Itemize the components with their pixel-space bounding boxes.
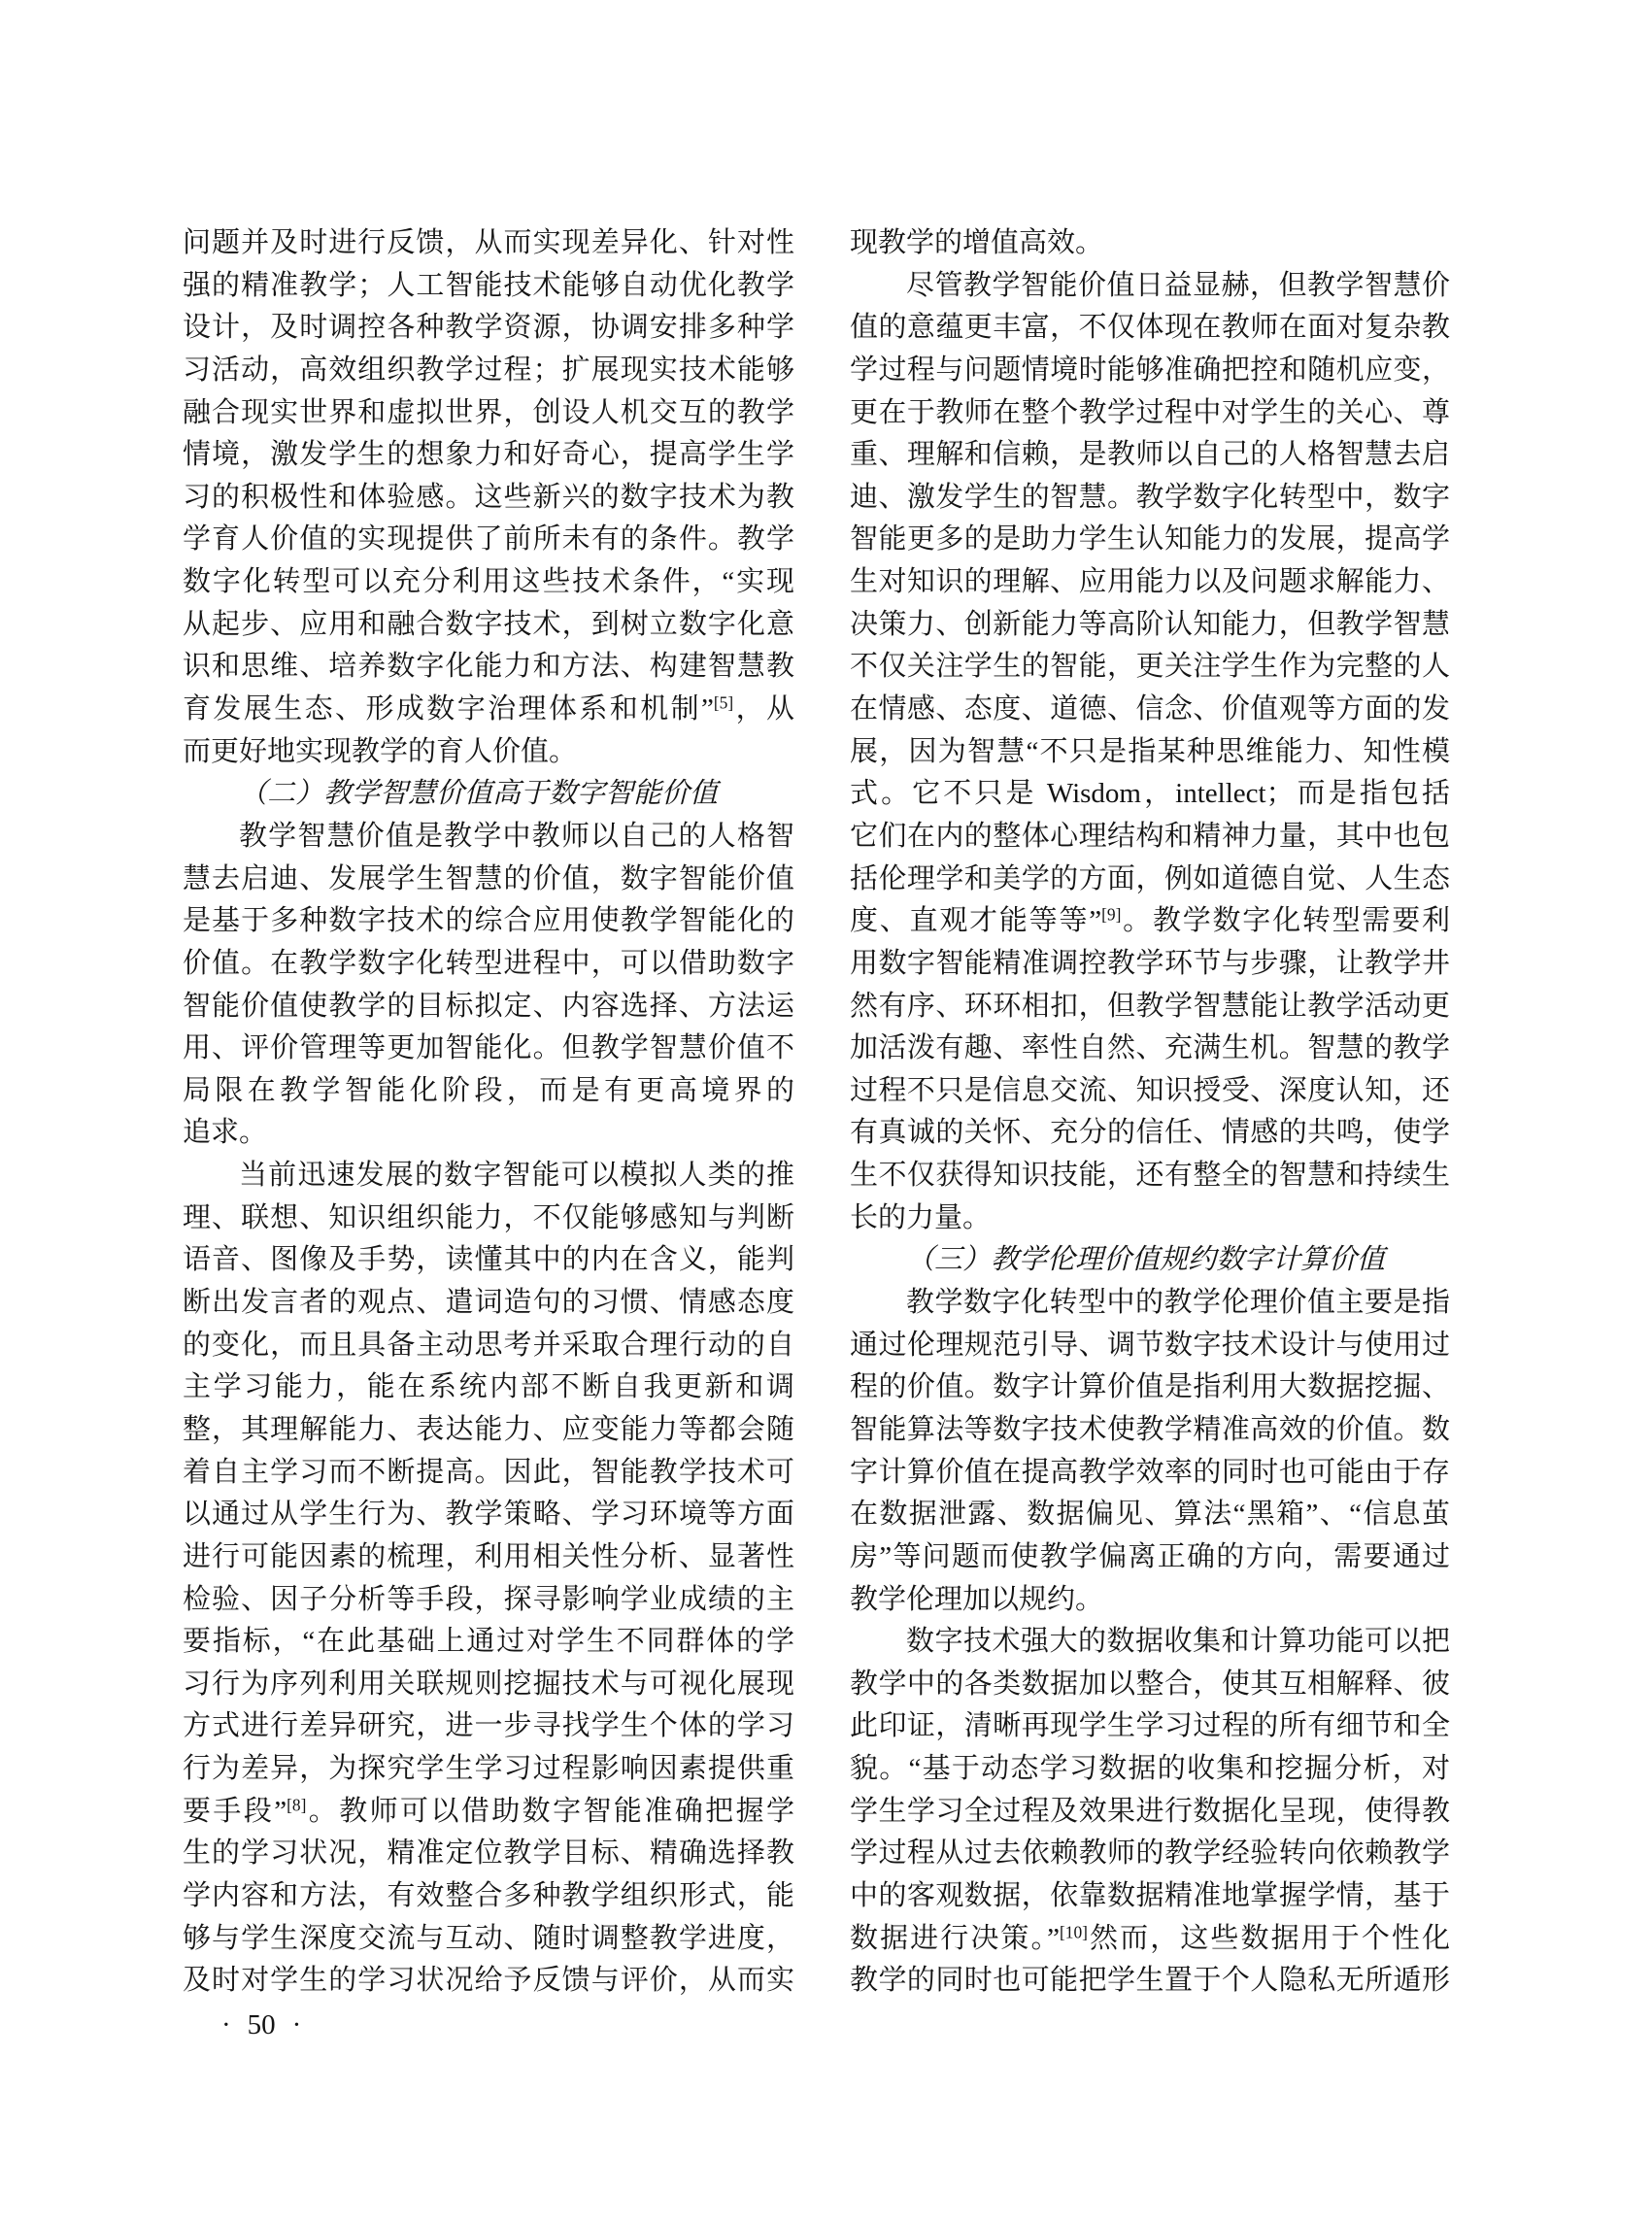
- body-text-line: 而更好地实现教学的育人价值。: [183, 731, 794, 774]
- body-text-line: 智能算法等数字技术使教学精准高效的价值。数: [850, 1409, 1450, 1452]
- body-text-line: 用、评价管理等更加智能化。但教学智慧价值不: [183, 1028, 794, 1070]
- body-text-line: 智能更多的是助力学生认知能力的发展，提高学: [850, 519, 1450, 561]
- body-text-line: 习行为序列利用关联规则挖掘技术与可视化展现: [183, 1664, 794, 1706]
- body-text-line: 加活泼有趣、率性自然、充满生机。智慧的教学: [850, 1028, 1450, 1070]
- body-text-line: 式。它不只是 Wisdom，intellect；而是指包括: [850, 773, 1450, 816]
- body-text-line: 习的积极性和体验感。这些新兴的数字技术为教: [183, 477, 794, 520]
- body-text-line: 习活动，高效组织教学过程；扩展现实技术能够: [183, 350, 794, 392]
- body-text-line: 在数据泄露、数据偏见、算法“黑箱”、“信息茧: [850, 1494, 1450, 1536]
- body-text-line: 价值。在教学数字化转型进程中，可以借助数字: [183, 943, 794, 986]
- body-text-line: 括伦理学和美学的方面，例如道德自觉、人生态: [850, 859, 1450, 901]
- citation-ref: [8]: [287, 1795, 306, 1814]
- body-text-line: 断出发言者的观点、遣词造句的习惯、情感态度: [183, 1282, 794, 1325]
- body-text-line: 它们在内的整体心理结构和精神力量，其中也包: [850, 816, 1450, 859]
- body-text-line: 学过程与问题情境时能够准确把控和随机应变，: [850, 350, 1450, 392]
- body-text-line: 进行可能因素的梳理，利用相关性分析、显著性: [183, 1536, 794, 1579]
- body-text-line: 融合现实世界和虚拟世界，创设人机交互的教学: [183, 392, 794, 435]
- body-text-line: 要手段”[8]。教师可以借助数字智能准确把握学: [183, 1791, 794, 1834]
- body-text-line: 识和思维、培养数字化能力和方法、构建智慧教: [183, 646, 794, 689]
- body-text-line: 检验、因子分析等手段，探寻影响学业成绩的主: [183, 1579, 794, 1622]
- body-text-line: 数字化转型可以充分利用这些技术条件，“实现: [183, 561, 794, 604]
- body-text-line: 主学习能力，能在系统内部不断自我更新和调: [183, 1366, 794, 1409]
- body-text-line: 程的价值。数字计算价值是指利用大数据挖掘、: [850, 1366, 1450, 1409]
- body-text-line: 当前迅速发展的数字智能可以模拟人类的推: [183, 1155, 794, 1197]
- body-text-line: 重、理解和信赖，是教师以自己的人格智慧去启: [850, 434, 1450, 477]
- body-text-line: 迪、激发学生的智慧。教学数字化转型中，数字: [850, 477, 1450, 520]
- body-text-line: 长的力量。: [850, 1197, 1450, 1240]
- body-text-line: 生对知识的理解、应用能力以及问题求解能力、: [850, 561, 1450, 604]
- body-text-line: 是基于多种数字技术的综合应用使教学智能化的: [183, 900, 794, 943]
- citation-ref: [10]: [1060, 1922, 1088, 1941]
- body-text-line: 育发展生态、形成数字治理体系和机制”[5]，从: [183, 689, 794, 731]
- body-text-line: 不仅关注学生的智能，更关注学生作为完整的人: [850, 646, 1450, 689]
- body-text-line: 房”等问题而使教学偏离正确的方向，需要通过: [850, 1536, 1450, 1579]
- body-text-line: 生的学习状况，精准定位教学目标、精确选择教: [183, 1833, 794, 1875]
- body-text-line: 有真诚的关怀、充分的信任、情感的共鸣，使学: [850, 1112, 1450, 1155]
- page-footer: · 50 ·: [221, 2004, 301, 2046]
- body-text-line: 在情感、态度、道德、信念、价值观等方面的发: [850, 689, 1450, 731]
- body-text-line: 教学的同时也可能把学生置于个人隐私无所遁形: [850, 1960, 1450, 2003]
- body-text-line: 从起步、应用和融合数字技术，到树立数字化意: [183, 604, 794, 647]
- body-text-line: 局限在教学智能化阶段，而是有更高境界的: [183, 1070, 794, 1113]
- body-text-line: 问题并及时进行反馈，从而实现差异化、针对性: [183, 222, 794, 265]
- body-text-line: 用数字智能精准调控教学环节与步骤，让教学井: [850, 943, 1450, 986]
- paper-page: 问题并及时进行反馈，从而实现差异化、针对性强的精准教学；人工智能技术能够自动优化…: [0, 0, 1652, 2225]
- body-text-line: 更在于教师在整个教学过程中对学生的关心、尊: [850, 392, 1450, 435]
- body-text-line: 通过伦理规范引导、调节数字技术设计与使用过: [850, 1325, 1450, 1367]
- body-text-line: 强的精准教学；人工智能技术能够自动优化教学: [183, 265, 794, 308]
- body-text-line: 学过程从过去依赖教师的教学经验转向依赖教学: [850, 1833, 1450, 1875]
- body-text-line: 决策力、创新能力等高阶认知能力，但教学智慧: [850, 604, 1450, 647]
- body-text-line: 数据进行决策。”[10]然而，这些数据用于个性化: [850, 1918, 1450, 1961]
- body-text-line: 教学伦理加以规约。: [850, 1579, 1450, 1622]
- body-text-line: 智能价值使教学的目标拟定、内容选择、方法运: [183, 986, 794, 1028]
- body-text-line: 以通过从学生行为、教学策略、学习环境等方面: [183, 1494, 794, 1536]
- body-text-line: 然有序、环环相扣，但教学智慧能让教学活动更: [850, 986, 1450, 1028]
- body-text-line: 教学数字化转型中的教学伦理价值主要是指: [850, 1282, 1450, 1325]
- footer-dot-left: ·: [221, 2009, 231, 2041]
- body-text-line: 学内容和方法，有效整合多种教学组织形式，能: [183, 1875, 794, 1918]
- body-text-line: 过程不只是信息交流、知识授受、深度认知，还: [850, 1070, 1450, 1113]
- body-text-line: 学生学习全过程及效果进行数据化呈现，使得教: [850, 1791, 1450, 1834]
- body-text-line: 生不仅获得知识技能，还有整全的智慧和持续生: [850, 1155, 1450, 1197]
- section-heading: （二）教学智慧价值高于数字智能价值: [183, 773, 794, 816]
- body-text-line: 整，其理解能力、表达能力、应变能力等都会随: [183, 1409, 794, 1452]
- body-text-line: 度、直观才能等等”[9]。教学数字化转型需要利: [850, 900, 1450, 943]
- body-text-line: 及时对学生的学习状况给予反馈与评价，从而实: [183, 1960, 794, 2003]
- page-number: 50: [248, 2009, 276, 2041]
- body-text-line: 理、联想、知识组织能力，不仅能够感知与判断: [183, 1197, 794, 1240]
- body-text-line: 貌。“基于动态学习数据的收集和挖掘分析，对: [850, 1748, 1450, 1791]
- body-text-line: 学育人价值的实现提供了前所未有的条件。教学: [183, 519, 794, 561]
- body-text-line: 的变化，而且具备主动思考并采取合理行动的自: [183, 1325, 794, 1367]
- citation-ref: [9]: [1101, 905, 1121, 925]
- body-text-line: 教学中的各类数据加以整合，使其互相解释、彼: [850, 1664, 1450, 1706]
- body-text-line: 行为差异，为探究学生学习过程影响因素提供重: [183, 1748, 794, 1791]
- body-text-line: 慧去启迪、发展学生智慧的价值，数字智能价值: [183, 859, 794, 901]
- body-text-line: 设计，及时调控各种教学资源，协调安排多种学: [183, 307, 794, 350]
- body-text-line: 着自主学习而不断提高。因此，智能教学技术可: [183, 1452, 794, 1495]
- body-text-line: 字计算价值在提高教学效率的同时也可能由于存: [850, 1452, 1450, 1495]
- footer-dot-right: ·: [292, 2009, 302, 2041]
- body-text-line: 方式进行差异研究，进一步寻找学生个体的学习: [183, 1705, 794, 1748]
- body-text-line: 情境，激发学生的想象力和好奇心，提高学生学: [183, 434, 794, 477]
- body-text-line: 语音、图像及手势，读懂其中的内在含义，能判: [183, 1239, 794, 1282]
- body-text-line: 此印证，清晰再现学生学习过程的所有细节和全: [850, 1705, 1450, 1748]
- body-text-line: 中的客观数据，依靠数据精准地掌握学情，基于: [850, 1875, 1450, 1918]
- body-text-line: 值的意蕴更丰富，不仅体现在教师在面对复杂教: [850, 307, 1450, 350]
- section-heading: （三）教学伦理价值规约数字计算价值: [850, 1239, 1450, 1282]
- body-text-line: 追求。: [183, 1112, 794, 1155]
- body-text-line: 尽管教学智能价值日益显赫，但教学智慧价: [850, 265, 1450, 308]
- body-text-line: 要指标，“在此基础上通过对学生不同群体的学: [183, 1621, 794, 1664]
- body-text-line: 展，因为智慧“不只是指某种思维能力、知性模: [850, 731, 1450, 774]
- right-column: 现教学的增值高效。尽管教学智能价值日益显赫，但教学智慧价值的意蕴更丰富，不仅体现…: [850, 222, 1450, 2003]
- citation-ref: [5]: [714, 692, 733, 712]
- left-column: 问题并及时进行反馈，从而实现差异化、针对性强的精准教学；人工智能技术能够自动优化…: [183, 222, 794, 2003]
- body-text-line: 教学智慧价值是教学中教师以自己的人格智: [183, 816, 794, 859]
- body-text-line: 够与学生深度交流与互动、随时调整教学进度，: [183, 1918, 794, 1961]
- body-text-line: 数字技术强大的数据收集和计算功能可以把: [850, 1621, 1450, 1664]
- body-text-line: 现教学的增值高效。: [850, 222, 1450, 265]
